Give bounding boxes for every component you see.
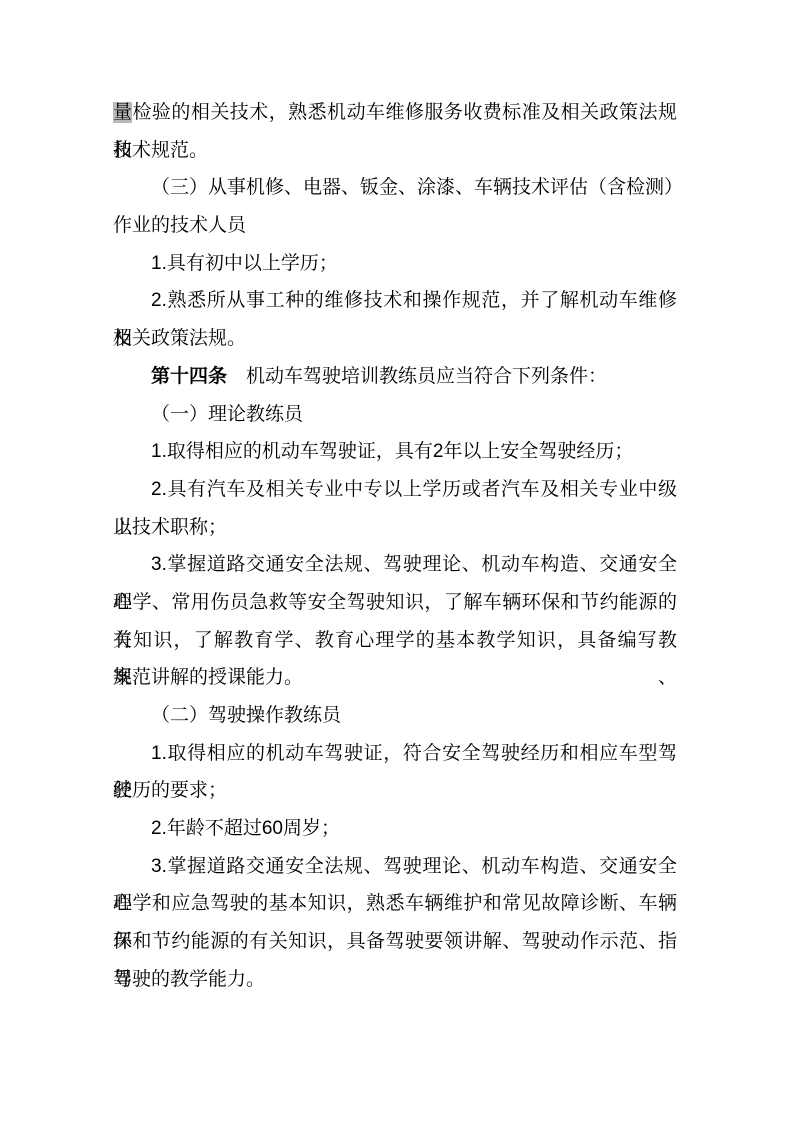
text-line: 1.取得相应的机动车驾驶证，符合安全驾驶经历和相应车型驾驶 bbox=[113, 735, 677, 773]
text-line: （三）从事机修、电器、钣金、涂漆、车辆技术评估（含检测） bbox=[113, 169, 677, 207]
text-line: 1.具有初中以上学历； bbox=[113, 245, 677, 283]
text-line: 第十四条 机动车驾驶培训教练员应当符合下列条件： bbox=[113, 358, 677, 396]
text-line: 2.具有汽车及相关专业中专以上学历或者汽车及相关专业中级以 bbox=[113, 471, 677, 509]
text-run: 经历的要求； bbox=[113, 780, 227, 801]
text-line: 2.年龄不超过60周岁； bbox=[113, 810, 677, 848]
text-run: （二）驾驶操作教练员 bbox=[151, 705, 341, 726]
text-line: 3.掌握道路交通安全法规、驾驶理论、机动车构造、交通安全心 bbox=[113, 848, 677, 886]
text-line: 保和节约能源的有关知识，具备驾驶要领讲解、驾驶动作示范、指导 bbox=[113, 923, 677, 961]
text-run: 1.取得相应的机动车驾驶证，具有2年以上安全驾驶经历； bbox=[151, 441, 633, 462]
article-number-bold-text: 第十四条 bbox=[151, 366, 227, 387]
text-run: （三）从事机修、电器、钣金、涂漆、车辆技术评估（含检测） bbox=[151, 177, 683, 198]
text-run: 规范讲解的授课能力。 bbox=[113, 667, 303, 688]
text-line: 技术规范。 bbox=[113, 132, 677, 170]
text-line: 1.取得相应的机动车驾驶证，具有2年以上安全驾驶经历； bbox=[113, 433, 677, 471]
text-line: 上技术职称； bbox=[113, 509, 677, 547]
text-line: 理学和应急驾驶的基本知识，熟悉车辆维护和常见故障诊断、车辆环 bbox=[113, 885, 677, 923]
text-line: （二）驾驶操作教练员 bbox=[113, 697, 677, 735]
text-line: 关知识，了解教育学、教育心理学的基本教学知识，具备编写教案、 bbox=[113, 622, 677, 660]
document-page[interactable]: 量检验的相关技术，熟悉机动车维修服务收费标准及相关政策法规和技术规范。（三）从事… bbox=[0, 0, 793, 1122]
text-line: 相关政策法规。 bbox=[113, 320, 677, 358]
text-run: 作业的技术人员 bbox=[113, 215, 246, 236]
text-line: 作业的技术人员 bbox=[113, 207, 677, 245]
text-line: 2.熟悉所从事工种的维修技术和操作规范，并了解机动车维修及 bbox=[113, 282, 677, 320]
text-run: 机动车驾驶培训教练员应当符合下列条件： bbox=[227, 366, 607, 387]
text-run: 1.具有初中以上学历； bbox=[151, 253, 338, 274]
document-body[interactable]: 量检验的相关技术，熟悉机动车维修服务收费标准及相关政策法规和技术规范。（三）从事… bbox=[113, 94, 677, 999]
text-run: 驾驶的教学能力。 bbox=[113, 969, 265, 990]
text-line: 3.掌握道路交通安全法规、驾驶理论、机动车构造、交通安全心 bbox=[113, 546, 677, 584]
text-run: 上技术职称； bbox=[113, 517, 227, 538]
text-line: 驾驶的教学能力。 bbox=[113, 961, 677, 999]
text-line: 量检验的相关技术，熟悉机动车维修服务收费标准及相关政策法规和 bbox=[113, 94, 677, 132]
text-line: 经历的要求； bbox=[113, 772, 677, 810]
text-line: （一）理论教练员 bbox=[113, 396, 677, 434]
text-run: 技术规范。 bbox=[113, 140, 208, 161]
text-run: 2.年龄不超过60周岁； bbox=[151, 818, 340, 839]
text-run: 相关政策法规。 bbox=[113, 328, 246, 349]
text-run: （一）理论教练员 bbox=[151, 404, 303, 425]
highlighted-character: 量 bbox=[113, 102, 132, 123]
text-line: 理学、常用伤员急救等安全驾驶知识，了解车辆环保和节约能源的有 bbox=[113, 584, 677, 622]
